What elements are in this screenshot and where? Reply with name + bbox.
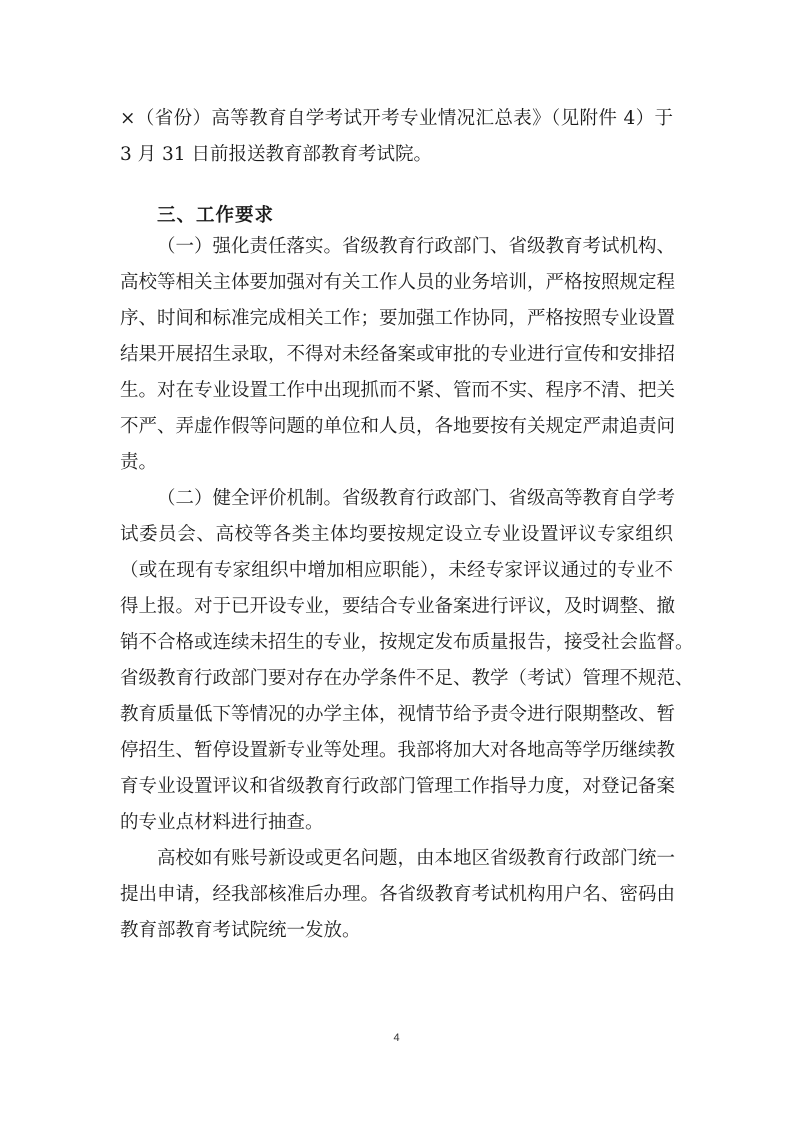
text-line: （或在现有专家组织中增加相应职能），未经专家评议通过的专业不: [120, 559, 673, 583]
text-line: ×（省份）高等教育自学考试开考专业情况汇总表》（见附件 4）于: [120, 107, 673, 131]
text-line: 序、时间和标准完成相关工作；要加强工作协同，严格按照专业设置: [120, 307, 673, 331]
text-line: 育专业设置评议和省级教育行政部门管理工作指导力度，对登记备案: [120, 775, 673, 799]
text-line: 教育质量低下等情况的办学主体，视情节给予责令进行限期整改、暂: [120, 703, 673, 727]
paragraph-first-line: （二）健全评价机制。省级教育行政部门、省级高等教育自学考: [157, 487, 673, 511]
text-line: 停招生、暂停设置新专业等处理。我部将加大对各地高等学历继续教: [120, 739, 673, 763]
section-heading: 三、工作要求: [157, 204, 274, 228]
document-page: ×（省份）高等教育自学考试开考专业情况汇总表》（见附件 4）于 3 月 31 日…: [0, 0, 793, 1122]
paragraph-first-line: 高校如有账号新设或更名问题，由本地区省级教育行政部门统一: [157, 847, 673, 871]
text-line: 不严、弄虚作假等问题的单位和人员，各地要按有关规定严肃追责问: [120, 415, 673, 439]
text-line: 结果开展招生录取，不得对未经备案或审批的专业进行宣传和安排招: [120, 343, 673, 367]
paragraph-first-line: （一）强化责任落实。省级教育行政部门、省级教育考试机构、: [157, 235, 673, 259]
text-line: 省级教育行政部门要对存在办学条件不足、教学（考试）管理不规范、: [120, 667, 673, 691]
text-line: 销不合格或连续未招生的专业，按规定发布质量报告，接受社会监督。: [120, 631, 673, 655]
text-line: 3 月 31 日前报送教育部教育考试院。: [120, 143, 673, 167]
text-line: 教育部教育考试院统一发放。: [120, 919, 673, 943]
page-number: 4: [0, 1032, 793, 1044]
text-line: 提出申请，经我部核准后办理。各省级教育考试机构用户名、密码由: [120, 883, 673, 907]
text-line: 的专业点材料进行抽查。: [120, 811, 673, 835]
text-line: 生。对在专业设置工作中出现抓而不紧、管而不实、程序不清、把关: [120, 379, 673, 403]
text-line: 试委员会、高校等各类主体均要按规定设立专业设置评议专家组织: [120, 523, 673, 547]
text-line: 责。: [120, 451, 673, 475]
text-line: 高校等相关主体要加强对有关工作人员的业务培训，严格按照规定程: [120, 271, 673, 295]
text-line: 得上报。对于已开设专业，要结合专业备案进行评议，及时调整、撤: [120, 595, 673, 619]
